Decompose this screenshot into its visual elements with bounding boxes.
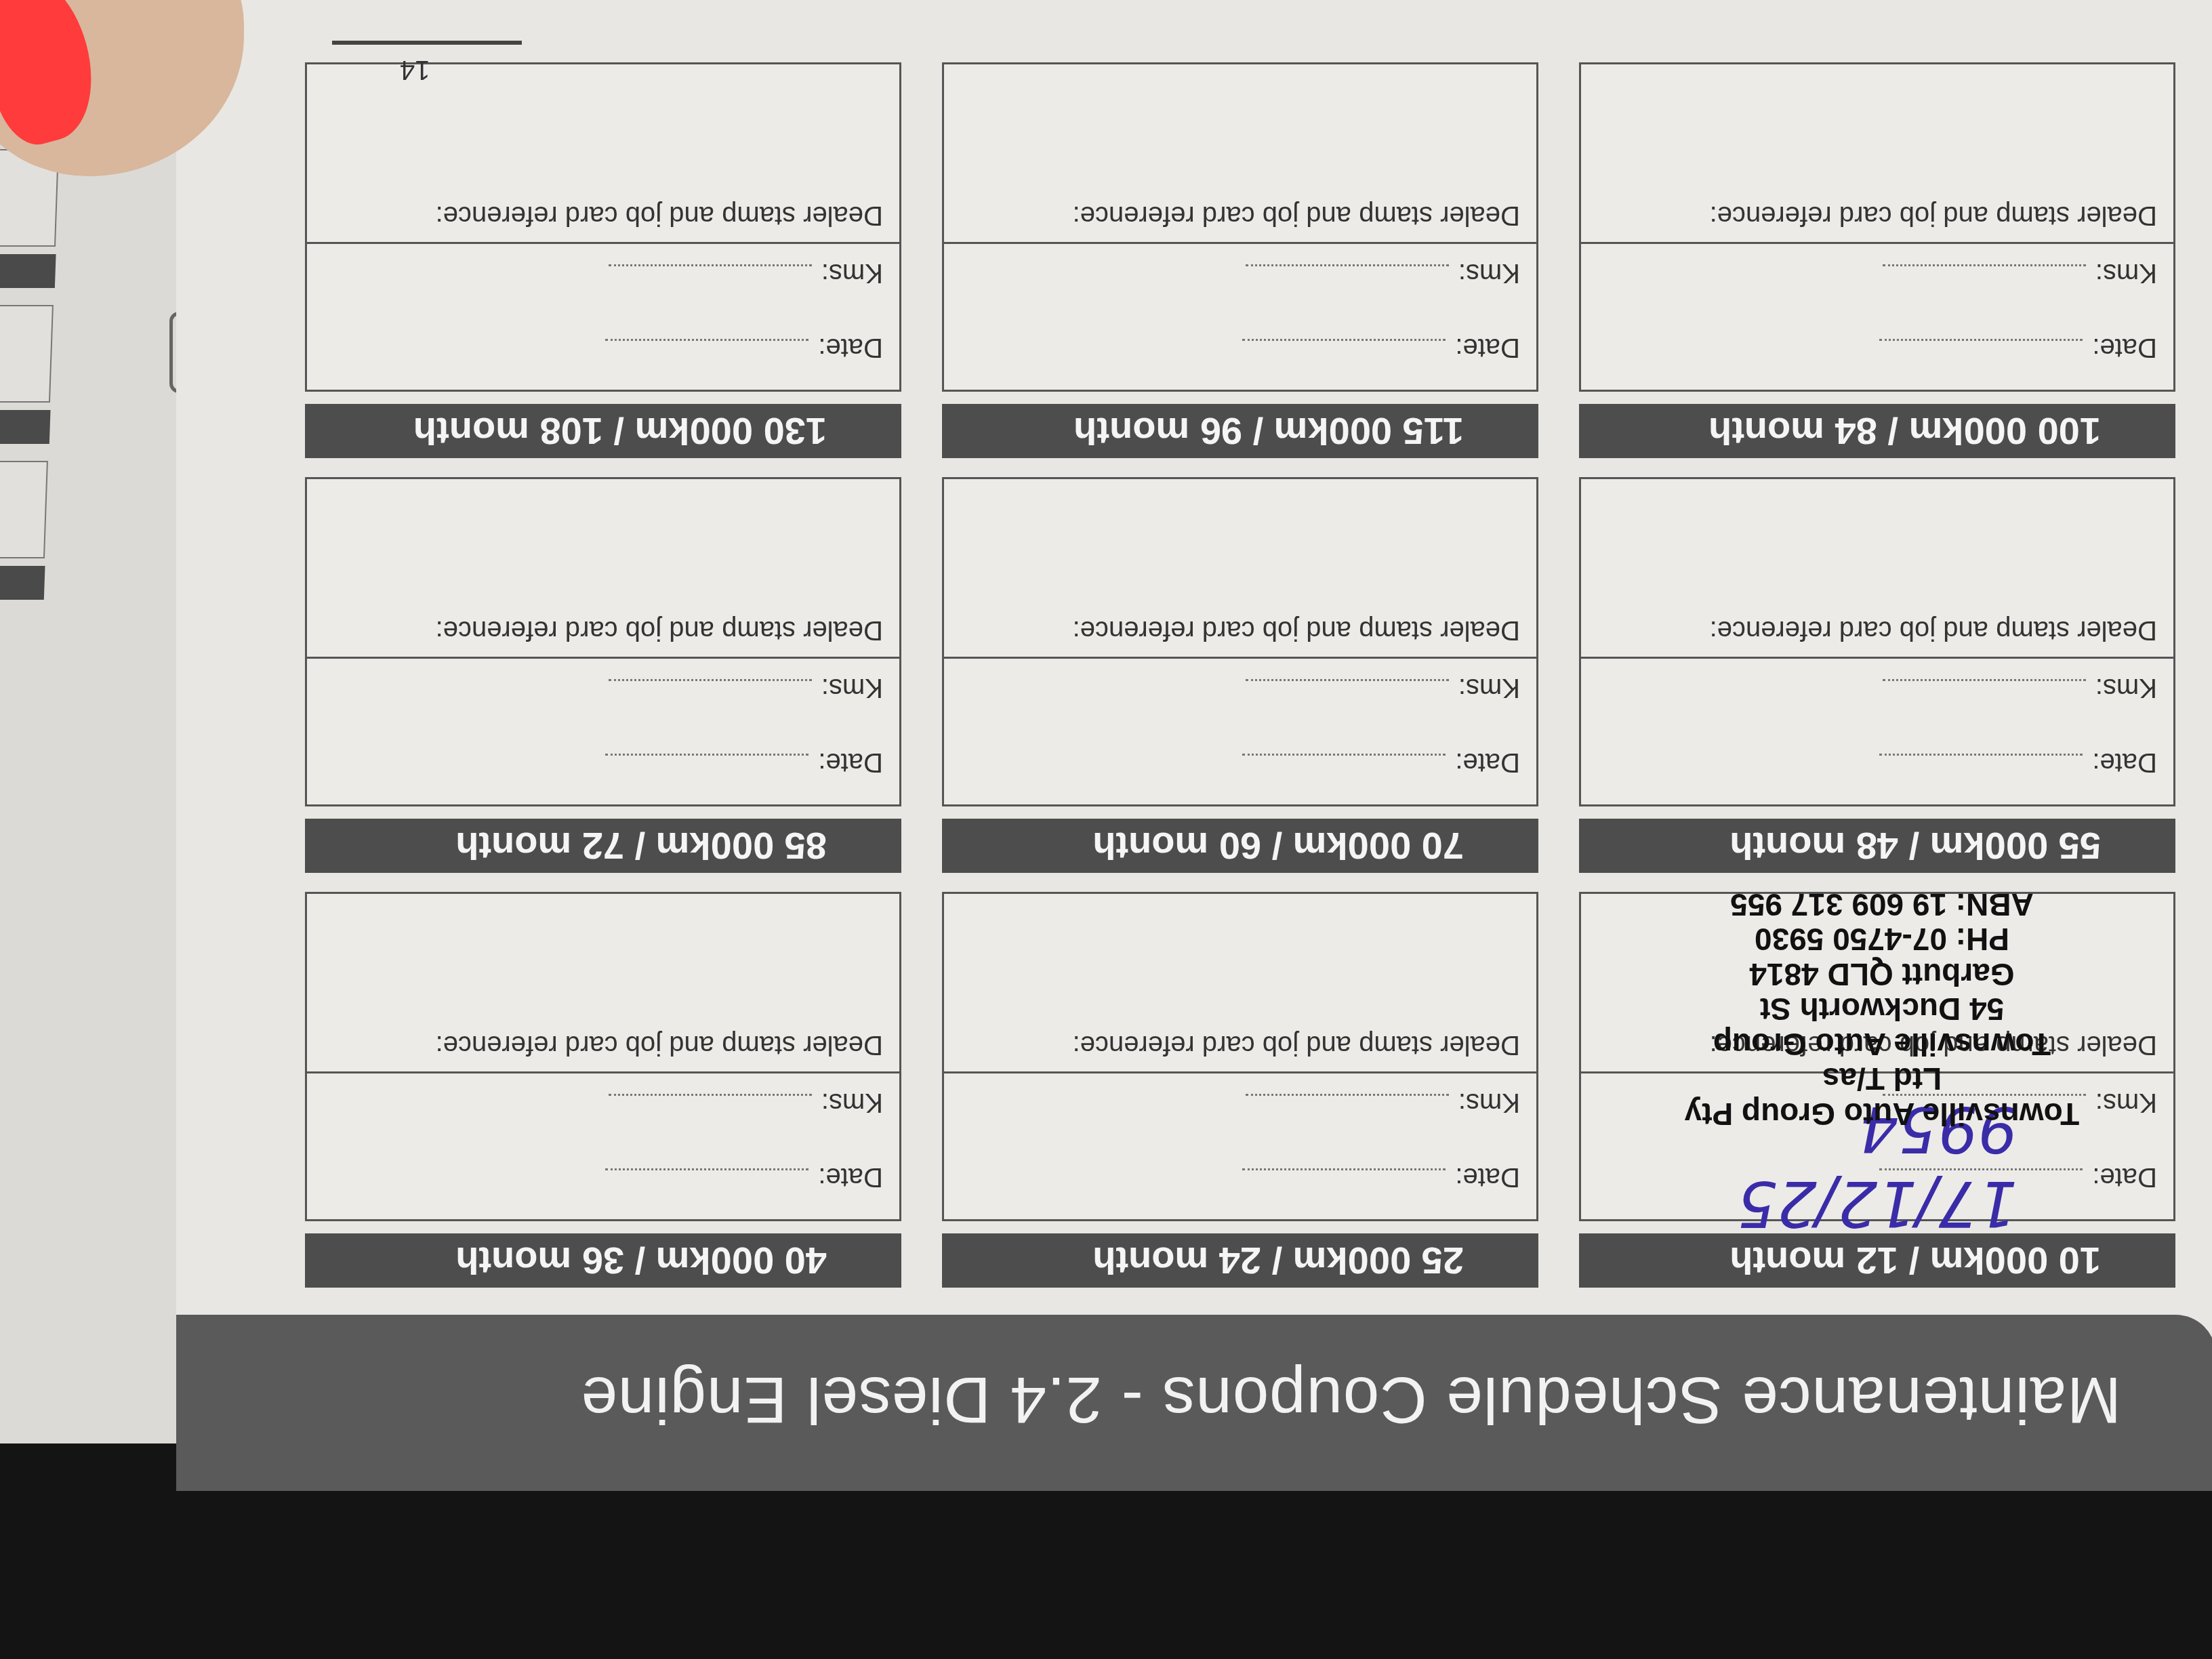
coupon-interval: 40 000km / 36 month <box>305 1233 901 1288</box>
date-field[interactable]: Date: <box>1242 747 1520 777</box>
facing-coupon-band <box>0 410 51 444</box>
reference-label: Dealer stamp and job card reference: <box>1073 615 1520 645</box>
coupon-85000km: 85 000km / 72 month Date: Kms: Dealer st… <box>305 477 901 873</box>
coupon-box: Date: Kms: Dealer stamp and job card ref… <box>1579 62 2175 392</box>
coupon-interval: 85 000km / 72 month <box>305 819 901 873</box>
facing-coupon-stub <box>0 461 48 558</box>
kms-field[interactable]: Kms: <box>1246 672 1520 703</box>
facing-coupon-stub <box>0 305 54 403</box>
coupon-interval: 10 000km / 12 month <box>1579 1233 2175 1288</box>
reference-label: Dealer stamp and job card reference: <box>436 1029 883 1060</box>
coupon-115000km: 115 000km / 96 month Date: Kms: Dealer s… <box>942 62 1538 458</box>
coupon-100000km: 100 000km / 84 month Date: Kms: Dealer s… <box>1579 62 2175 458</box>
kms-field[interactable]: Kms: <box>1246 1087 1520 1118</box>
handwritten-date: 17/12/25 <box>1738 1167 2018 1240</box>
title-band: Maintenance Schedule Coupons - 2.4 Diese… <box>176 1315 2212 1491</box>
date-field[interactable]: Date: <box>1879 747 2157 777</box>
coupon-interval: 130 000km / 108 month <box>305 404 901 458</box>
coupon-130000km: 130 000km / 108 month Date: Kms: Dealer … <box>305 62 901 458</box>
coupon-box: Date: 17/12/25 Kms: 9954 Dealer stamp an… <box>1579 892 2175 1221</box>
kms-field[interactable]: Kms: <box>1883 258 2157 288</box>
coupon-70000km: 70 000km / 60 month Date: Kms: Dealer st… <box>942 477 1538 873</box>
reference-label: Dealer stamp and job card reference: <box>1073 1029 1520 1060</box>
dealer-stamp: Townsville Auto Group Pty Ltd T/as Towns… <box>1679 886 2085 1131</box>
date-field[interactable]: Date: <box>1879 332 2157 363</box>
coupon-40000km: 40 000km / 36 month Date: Kms: Dealer st… <box>305 892 901 1288</box>
date-field[interactable]: Date: <box>605 747 883 777</box>
date-field[interactable]: Date: <box>605 1162 883 1192</box>
coupon-interval: 25 000km / 24 month <box>942 1233 1538 1288</box>
kms-field[interactable]: Kms: <box>1246 258 1520 288</box>
coupon-interval: 115 000km / 96 month <box>942 404 1538 458</box>
coupon-box: Date: Kms: Dealer stamp and job card ref… <box>305 892 901 1221</box>
date-field[interactable]: Date: <box>1242 1162 1520 1192</box>
coupon-box: Date: Kms: Dealer stamp and job card ref… <box>942 62 1538 392</box>
coupon-box: Date: Kms: Dealer stamp and job card ref… <box>1579 477 2175 806</box>
date-field[interactable]: Date: <box>1242 332 1520 363</box>
coupon-column-1: 10 000km / 12 month Date: 17/12/25 Kms: … <box>1579 43 2175 1288</box>
coupon-10000km: 10 000km / 12 month Date: 17/12/25 Kms: … <box>1579 892 2175 1288</box>
coupon-column-2: 25 000km / 24 month Date: Kms: Dealer st… <box>942 43 1538 1288</box>
coupon-25000km: 25 000km / 24 month Date: Kms: Dealer st… <box>942 892 1538 1288</box>
footer-rule <box>332 41 522 45</box>
facing-coupon-band <box>0 254 56 288</box>
kms-field[interactable]: Kms: <box>609 1087 883 1118</box>
reference-label: Dealer stamp and job card reference: <box>436 200 883 230</box>
reference-label: Dealer stamp and job card reference: <box>1710 200 2157 230</box>
coupon-interval: 55 000km / 48 month <box>1579 819 2175 873</box>
coupon-box: Date: Kms: Dealer stamp and job card ref… <box>942 892 1538 1221</box>
coupon-column-3: 40 000km / 36 month Date: Kms: Dealer st… <box>305 43 901 1288</box>
coupon-box: Date: Kms: Dealer stamp and job card ref… <box>305 477 901 806</box>
page-number: 14 <box>400 54 430 85</box>
page-title: Maintenance Schedule Coupons - 2.4 Diese… <box>581 1362 2121 1437</box>
date-field[interactable]: Date: <box>605 332 883 363</box>
kms-field[interactable]: Kms: <box>609 258 883 288</box>
coupon-interval: 100 000km / 84 month <box>1579 404 2175 458</box>
coupon-55000km: 55 000km / 48 month Date: Kms: Dealer st… <box>1579 477 2175 873</box>
booklet-page: Maintenance Schedule Coupons - 2.4 Diese… <box>176 0 2212 1491</box>
coupon-box: Date: Kms: Dealer stamp and job card ref… <box>305 62 901 392</box>
kms-field[interactable]: Kms: <box>1883 672 2157 703</box>
reference-label: Dealer stamp and job card reference: <box>436 615 883 645</box>
coupon-box: Date: Kms: Dealer stamp and job card ref… <box>942 477 1538 806</box>
reference-label: Dealer stamp and job card reference: <box>1073 200 1520 230</box>
kms-field[interactable]: Kms: <box>609 672 883 703</box>
facing-coupon-band <box>0 566 45 600</box>
coupon-interval: 70 000km / 60 month <box>942 819 1538 873</box>
reference-label: Dealer stamp and job card reference: <box>1710 615 2157 645</box>
